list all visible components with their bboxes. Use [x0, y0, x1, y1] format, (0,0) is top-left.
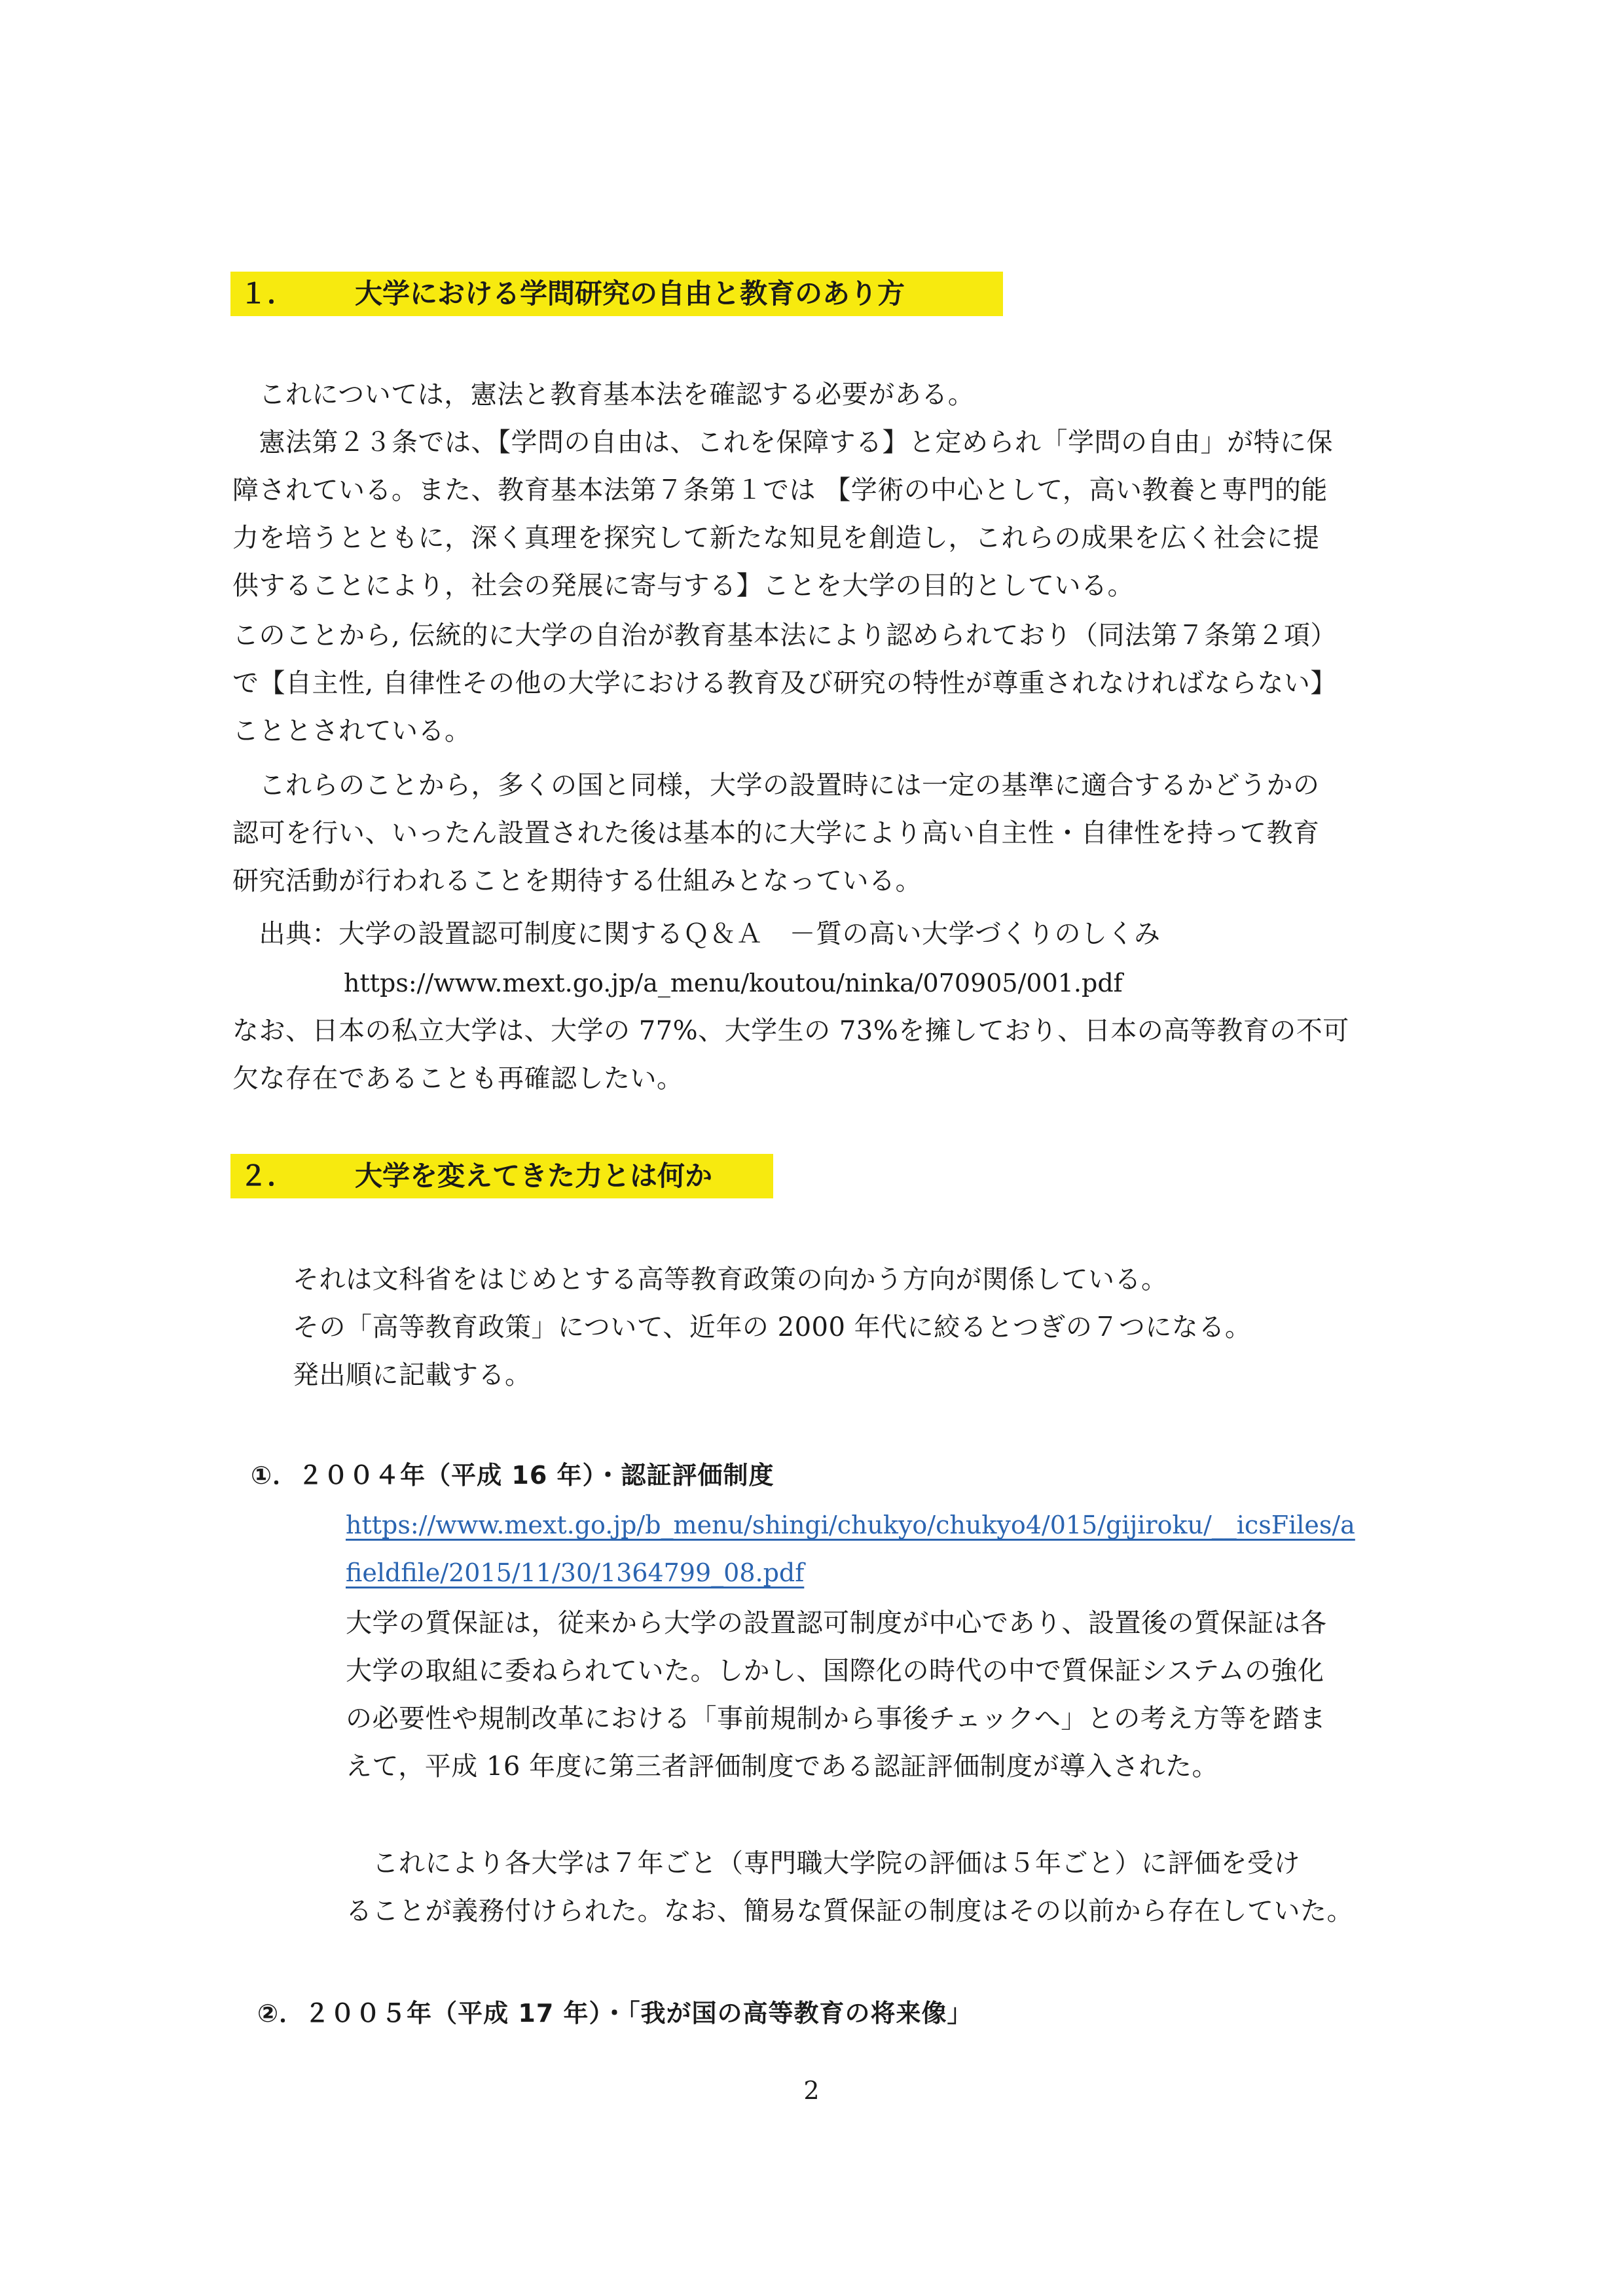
section-1-heading: １．大学における学問研究の自由と教育のあり方 — [230, 272, 1003, 316]
paragraph-line: 研究活動が行われることを期待する仕組みとなっている。 — [232, 861, 922, 901]
policy-item-1-body-line: えて，平成 16 年度に第三者評価制度である認証評価制度が導入された。 — [346, 1747, 1218, 1786]
paragraph-line: これについては，憲法と教育基本法を確認する必要がある。 — [232, 375, 974, 414]
paragraph-line: 障されている。また、教育基本法第７条第１では 【学術の中心として，高い教養と専門… — [232, 471, 1328, 510]
note-line: なお、日本の私立大学は、大学の 77%、大学生の 73%を擁しており、日本の高等… — [232, 1011, 1349, 1050]
policy-item-1-extra-line: これにより各大学は７年ごと（専門職大学院の評価は５年ごと）に評価を受け — [346, 1844, 1300, 1883]
paragraph-line: で【自主性, 自律性その他の大学における教育及び研究の特性が尊重されなければなら… — [232, 664, 1337, 703]
paragraph-line: こととされている。 — [232, 711, 471, 751]
page-number: 2 — [0, 2076, 1623, 2105]
intro-line: 発出順に記載する。 — [293, 1355, 532, 1395]
note-line: 欠な存在であることも再確認したい。 — [232, 1059, 684, 1098]
section-2-number: ２． — [240, 1154, 355, 1198]
document-page: １．大学における学問研究の自由と教育のあり方 これについては，憲法と教育基本法を… — [0, 0, 1623, 2296]
policy-item-1-body-line: 大学の取組に委ねられていた。しかし、国際化の時代の中で質保証システムの強化 — [346, 1651, 1324, 1691]
intro-line: その「高等教育政策」について、近年の 2000 年代に絞るとつぎの７つになる。 — [293, 1308, 1251, 1347]
policy-item-1-heading: ①．２００４年（平成 16 年）・認証評価制度 — [251, 1456, 775, 1495]
source-url: https://www.mext.go.jp/a_menu/koutou/nin… — [344, 963, 1123, 1003]
paragraph-line: 力を培うとともに，深く真理を探究して新たな知見を創造し，これらの成果を広く社会に… — [232, 518, 1320, 558]
section-1-number: １． — [240, 272, 355, 316]
policy-item-2-heading: ②．２００５年（平成 17 年）・「我が国の高等教育の将来像」 — [257, 1994, 973, 2033]
intro-line: それは文科省をはじめとする高等教育政策の向かう方向が関係している。 — [293, 1260, 1168, 1299]
paragraph-line: これらのことから，多くの国と同様，大学の設置時には一定の基準に適合するかどうかの — [232, 766, 1320, 805]
source-citation: 出典：大学の設置認可制度に関するＱ＆Ａ －質の高い大学づくりのしくみ — [232, 914, 1161, 954]
policy-item-1-body-line: の必要性や規制改革における「事前規制から事後チェックへ」との考え方等を踏ま — [346, 1699, 1326, 1738]
policy-item-1-body-line: 大学の質保証は，従来から大学の設置認可制度が中心であり、設置後の質保証は各 — [346, 1604, 1327, 1643]
policy-item-1-link[interactable]: https://www.mext.go.jp/b_menu/shingi/chu… — [346, 1505, 1355, 1545]
paragraph-line: 認可を行い、いったん設置された後は基本的に大学により高い自主性・自律性を持って教… — [232, 814, 1320, 853]
section-2-title: 大学を変えてきた力とは何か — [355, 1160, 712, 1192]
paragraph-line: 憲法第２３条では、【学問の自由は、これを保障する】と定められ「学問の自由」が特に… — [232, 423, 1333, 462]
policy-item-1-extra-line: ることが義務付けられた。なお、簡易な質保証の制度はその以前から存在していた。 — [346, 1892, 1353, 1931]
section-2-heading: ２．大学を変えてきた力とは何か — [230, 1154, 773, 1198]
paragraph-line: このことから, 伝統的に大学の自治が教育基本法により認められており（同法第７条第… — [232, 616, 1337, 655]
paragraph-line: 供することにより，社会の発展に寄与する】ことを大学の目的としている。 — [232, 566, 1134, 605]
section-1-title: 大学における学問研究の自由と教育のあり方 — [355, 278, 905, 310]
policy-item-1-link-continued[interactable]: fieldfile/2015/11/30/1364799_08.pdf — [346, 1553, 804, 1592]
